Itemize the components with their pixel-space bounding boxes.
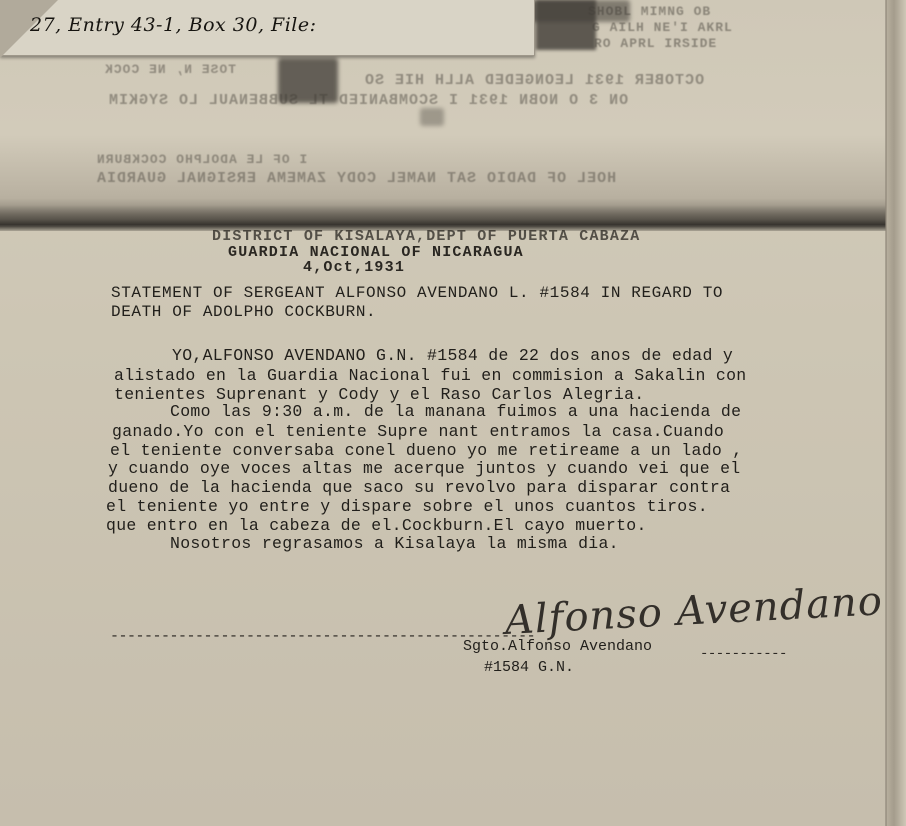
ink-smudge [278, 58, 338, 103]
district-line: DISTRICT OF KISALAYA,DEPT OF PUERTA CABA… [212, 228, 640, 245]
bleed-through-text: HOEL OF DADIO SAT NAMEL CODY ZAMEMA ERSI… [96, 170, 616, 187]
body-line: alistado en la Guardia Nacional fui en c… [114, 366, 747, 385]
bleed-through-text: I OF LE ADOLPHO COCKBURN [96, 152, 307, 167]
page-edge [886, 0, 906, 826]
body-line: YO,ALFONSO AVENDANO G.N. #1584 de 22 dos… [172, 346, 733, 365]
archival-label: 27, Entry 43-1, Box 30, File: [0, 0, 535, 56]
body-line: dueno de la hacienda que saco su revolvo… [108, 478, 730, 497]
statement-title: STATEMENT OF SERGEANT ALFONSO AVENDANO L… [111, 284, 723, 302]
bleed-through-text: OCTOBER 1931 LEONGEDED ALLH HIE SO [364, 72, 704, 89]
statement-title: DEATH OF ADOLPHO COCKBURN. [111, 303, 376, 321]
signatory-number: #1584 G.N. [484, 659, 574, 676]
body-line: ganado.Yo con el teniente Supre nant ent… [112, 422, 724, 441]
bleed-through-text: RO APRL IRSIDE [594, 36, 717, 51]
archival-reference: 27, Entry 43-1, Box 30, File: [30, 14, 317, 36]
body-line: Como las 9:30 a.m. de la manana fuimos a… [170, 402, 741, 421]
bleed-through-text: G AILH NE'I AKRL [592, 20, 733, 35]
dark-corner-block [536, 0, 596, 50]
bleed-through-text: TOSE N, NE COCK [104, 62, 236, 77]
document-date: 4,Oct,1931 [303, 259, 405, 276]
body-line: y cuando oye voces altas me acerque junt… [108, 459, 741, 478]
bleed-through-text: ON 3 O NOBN 1931 I SCOMBANIED TL SUBBENA… [108, 92, 628, 109]
ink-smudge [420, 108, 444, 126]
body-line: el teniente conversaba conel dueno yo me… [110, 441, 743, 460]
body-line: Nosotros regrasamos a Kisalaya la misma … [170, 534, 619, 553]
body-line: que entro en la cabeza de el.Cockburn.El… [106, 516, 647, 535]
signature-trailing-dashes: ----------- [700, 646, 787, 662]
body-line: el teniente yo entre y dispare sobre el … [106, 497, 708, 516]
page-edge-line [885, 0, 887, 826]
